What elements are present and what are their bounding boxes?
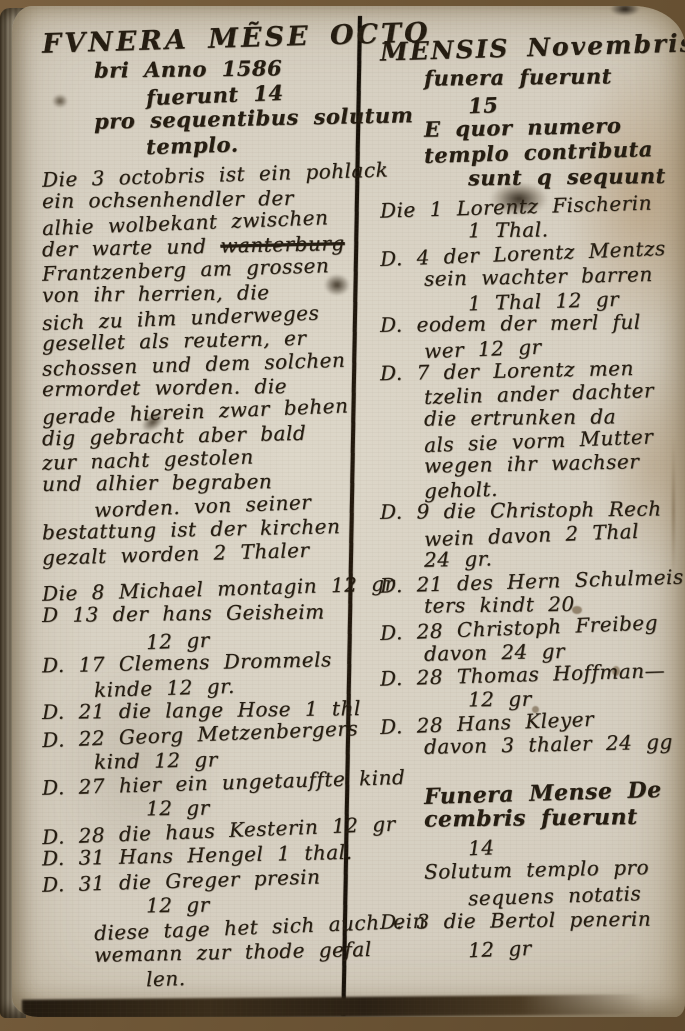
october-heading: FVNERA MẼSE OCTObri Anno 1586fuerunt 14p… <box>42 24 364 156</box>
line-text: Solutum templo pro <box>424 855 650 884</box>
line-text: funera fuerunt <box>424 63 612 90</box>
page-bottom-edge-shadow <box>22 994 645 1017</box>
line-text: MENSIS Novembris <box>380 28 685 66</box>
line-text: 14 <box>468 835 495 860</box>
manuscript-line: 12 gr <box>468 929 685 963</box>
november-entries: Die 1 Lorentz Fischerin1 Thal.D. 4 der L… <box>380 195 685 757</box>
line-text: FVNERA MẼSE OCTO <box>42 17 431 60</box>
line-text: len. <box>146 966 186 991</box>
left-column: FVNERA MẼSE OCTObri Anno 1586fuerunt 14p… <box>42 24 364 989</box>
right-column: MENSIS Novembrisfunera fuerunt15E quor n… <box>380 32 685 959</box>
manuscript-line: len. <box>146 961 365 992</box>
line-text: 1 Thal. <box>468 218 549 243</box>
manuscript-photo: FVNERA MẼSE OCTObri Anno 1586fuerunt 14p… <box>0 0 685 1031</box>
manuscript-page: FVNERA MẼSE OCTObri Anno 1586fuerunt 14p… <box>12 6 685 1017</box>
november-heading: MENSIS Novembrisfunera fuerunt15E quor n… <box>380 32 685 189</box>
december-section: Funera Mense Decembris fuerunt14Solutum … <box>380 781 685 960</box>
manuscript-line: davon 3 thaler 24 gg <box>424 731 685 760</box>
line-text: 12 gr <box>146 892 210 917</box>
line-text: kind 12 gr <box>94 747 218 774</box>
line-text: sequens notatis <box>468 881 642 910</box>
line-text: 12 gr <box>468 936 533 962</box>
line-text: bri Anno 1586 <box>94 55 282 82</box>
line-text: davon 3 thaler 24 gg <box>424 730 673 759</box>
line-text: D. 3 die Bertol penerin <box>380 907 651 934</box>
ink-spot-top <box>610 6 640 16</box>
line-text: D 13 der hans Geisheim <box>42 600 325 627</box>
line-text: cembris fuerunt <box>424 804 638 833</box>
october-entries: Die 8 Michael montagin 12 grD 13 der han… <box>42 577 364 988</box>
line-text: 24 gr. <box>424 546 493 571</box>
october-note-paragraph: Die 3 octobris ist ein pohlackein ochsen… <box>42 164 364 565</box>
manuscript-line: templo. <box>146 128 365 159</box>
line-text: sunt q sequunt <box>468 163 666 190</box>
line-text: pro sequentibus solutum <box>94 102 414 134</box>
manuscript-line: sunt q sequunt <box>468 163 685 191</box>
line-text: 12 gr <box>468 686 532 711</box>
line-text: 12 gr <box>146 795 210 820</box>
line-text: templo. <box>146 131 239 159</box>
